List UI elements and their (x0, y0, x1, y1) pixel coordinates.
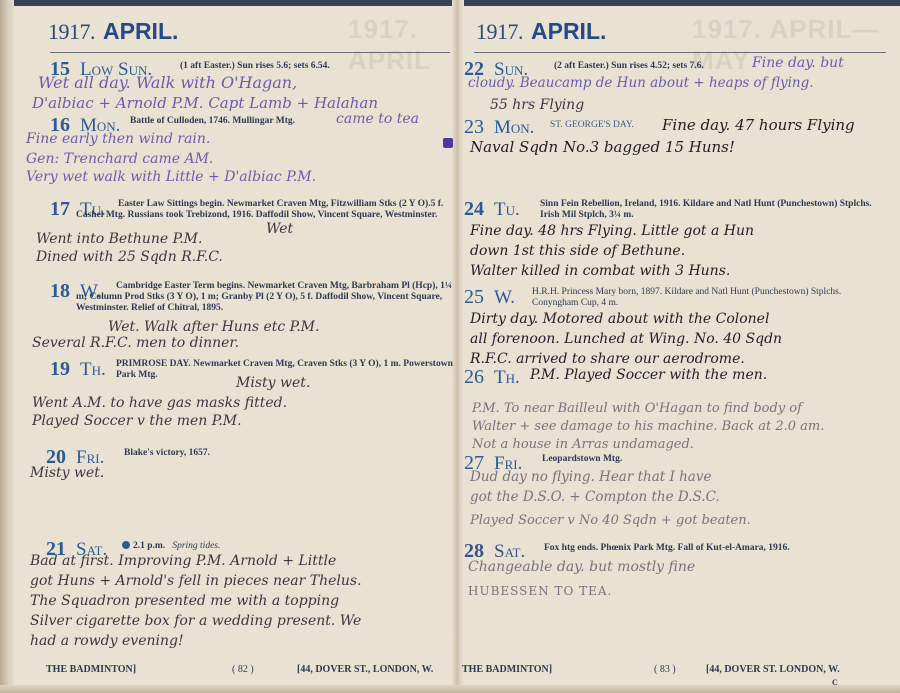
page-number: ( 83 ) (654, 664, 676, 675)
page-header: 1917. APRIL. (48, 18, 178, 45)
handwritten-line: had a rowdy evening! (30, 630, 184, 652)
page-header: 1917. APRIL. (476, 18, 606, 45)
day-entry-18: 18 W. Cambridge Easter Term begins. Newm… (18, 280, 454, 303)
handwritten-line: Played Soccer v No 40 Sqdn + got beaten. (470, 510, 751, 532)
handwritten-line: Wet (266, 218, 293, 240)
printed-note: H.R.H. Princess Mary born, 1897. Kildare… (532, 287, 877, 309)
day-entry-20: 20 Fri. Blake's victory, 1657. Misty wet… (18, 446, 454, 469)
left-page: 1917. APRIL 1917. APRIL. 15 Low Sun. (1 … (18, 0, 454, 693)
handwritten-line: got Huns + Arnold's fell in pieces near … (30, 570, 362, 592)
day-entry-26: 26 Th. P.M. Played Soccer with the men. … (462, 366, 892, 389)
header-rule (50, 52, 450, 53)
printed-note: Cambridge Easter Term begins. Newmarket … (76, 281, 454, 314)
header-year: 1917. (48, 19, 95, 44)
handwritten-line: Dirty day. Motored about with the Colone… (470, 308, 769, 330)
handwritten-line: Walter killed in combat with 3 Huns. (470, 260, 730, 282)
footer-address: [44, DOVER ST., LONDON, W. (297, 664, 433, 675)
day-entry-24: 24 Tu. Sinn Fein Rebellion, Ireland, 191… (462, 198, 892, 221)
handwritten-line: Naval Sqdn No.3 bagged 15 Huns! (470, 136, 735, 158)
page-edge-left (0, 0, 14, 693)
day-number: 25 (464, 286, 484, 308)
day-name: Tu. (494, 199, 520, 220)
handwritten-line: Bad at first. Improving P.M. Arnold + Li… (30, 550, 336, 572)
day-entry-16: 16 Mon. Battle of Culloden, 1746. Mullin… (18, 114, 454, 137)
day-name: Mon. (494, 117, 534, 138)
handwritten-line: Changeable day. but mostly fine (468, 556, 695, 578)
handwritten-line: Fine early then wind rain. (26, 128, 210, 150)
handwritten-line: D'albiac + Arnold P.M. Capt Lamb + Halah… (32, 92, 378, 114)
handwritten-line: Wet all day. Walk with O'Hagan, (38, 72, 297, 94)
day-entry-21: 21 Sat. 2.1 p.m. Spring tides. Bad at fi… (18, 538, 454, 561)
printed-note: Sinn Fein Rebellion, Ireland, 1916. Kild… (540, 199, 880, 221)
new-moon-icon (122, 541, 130, 549)
handwritten-line: Silver cigarette box for a wedding prese… (30, 610, 361, 632)
day-entry-22: 22 Sun. (2 aft Easter.) Sun rises 4.52; … (462, 58, 892, 81)
diary-spread: 1917. APRIL 1917. APRIL. 15 Low Sun. (1 … (0, 0, 900, 693)
handwritten-line: Misty wet. (236, 372, 310, 394)
handwritten-line: P.M. Played Soccer with the men. (530, 364, 767, 386)
printed-note: ST. GEORGE'S DAY. (550, 120, 634, 131)
day-entry-19: 19 Th. PRIMROSE DAY. Newmarket Craven Mt… (18, 358, 454, 381)
printed-note: (1 aft Easter.) Sun rises 5.6; sets 6.54… (180, 61, 330, 72)
day-name: W. (494, 287, 515, 308)
handwritten-line: Fine day. but (752, 52, 844, 74)
day-name: Th. (80, 359, 106, 380)
handwritten-line: 55 hrs Flying (490, 94, 584, 116)
day-entry-17: 17 Tu. Easter Law Sittings begin. Newmar… (18, 198, 454, 221)
day-number: 18 (50, 280, 70, 302)
day-number: 17 (50, 198, 70, 220)
signature-mark: C (832, 678, 838, 687)
header-month: APRIL. (531, 18, 606, 44)
day-entry-25: 25 W. H.R.H. Princess Mary born, 1897. K… (462, 286, 892, 309)
handwritten-line: Misty wet. (30, 462, 104, 484)
day-number: 23 (464, 116, 484, 138)
page-number: ( 82 ) (232, 664, 254, 675)
printed-note: Easter Law Sittings begin. Newmarket Cra… (76, 199, 454, 221)
printed-note: (2 aft Easter.) Sun rises 4.52; sets 7.6… (554, 61, 704, 72)
day-entry-27: 27 Fri. Leopardstown Mtg. Dud day no fly… (462, 452, 892, 475)
handwritten-line: Very wet walk with Little + D'albiac P.M… (26, 166, 316, 188)
handwritten-line: Fine day. 47 hours Flying (662, 114, 855, 136)
day-number: 24 (464, 198, 484, 220)
handwritten-line: Several R.F.C. men to dinner. (32, 332, 239, 354)
day-entry-23: 23 Mon. ST. GEORGE'S DAY. Fine day. 47 h… (462, 116, 892, 139)
ink-blot (443, 138, 453, 148)
footer-address: [44, DOVER ST. LONDON, W. (706, 664, 840, 675)
handwritten-line: The Squadron presented me with a topping (30, 590, 339, 612)
right-page: 1917. APRIL—MAY 1917. APRIL. 22 Sun. (2 … (462, 0, 892, 693)
day-name: Th. (494, 367, 520, 388)
header-month: APRIL. (103, 18, 178, 44)
handwritten-line: down 1st this side of Bethune. (470, 240, 685, 262)
handwritten-line: came to tea (336, 108, 419, 130)
handwritten-line: Dined with 25 Sqdn R.F.C. (36, 246, 223, 268)
handwritten-line: HUBESSEN TO TEA. (468, 580, 612, 602)
printed-note: Battle of Culloden, 1746. Mullingar Mtg. (130, 116, 295, 127)
day-entry-15: 15 Low Sun. (1 aft Easter.) Sun rises 5.… (18, 58, 454, 81)
printed-note: Leopardstown Mtg. (542, 454, 622, 465)
day-number: 19 (50, 358, 70, 380)
handwritten-line: got the D.S.O. + Compton the D.S.C. (470, 486, 720, 508)
handwritten-line: Dud day no flying. Hear that I have (470, 466, 711, 488)
footer-publisher: THE BADMINTON] (46, 664, 136, 675)
header-year: 1917. (476, 19, 523, 44)
footer-publisher: THE BADMINTON] (462, 664, 552, 675)
day-number: 26 (464, 366, 484, 388)
printed-note: Blake's victory, 1657. (124, 448, 210, 459)
day-entry-28: 28 Sat. Fox htg ends. Phœnix Park Mtg. F… (462, 540, 892, 563)
handwritten-line: cloudy. Beaucamp de Hun about + heaps of… (468, 72, 814, 94)
handwritten-line: all forenoon. Lunched at Wing. No. 40 Sq… (470, 328, 782, 350)
handwritten-line: Fine day. 48 hrs Flying. Little got a Hu… (470, 220, 754, 242)
handwritten-line: Played Soccer v the men P.M. (32, 410, 242, 432)
printed-note: Fox htg ends. Phœnix Park Mtg. Fall of K… (544, 543, 790, 554)
